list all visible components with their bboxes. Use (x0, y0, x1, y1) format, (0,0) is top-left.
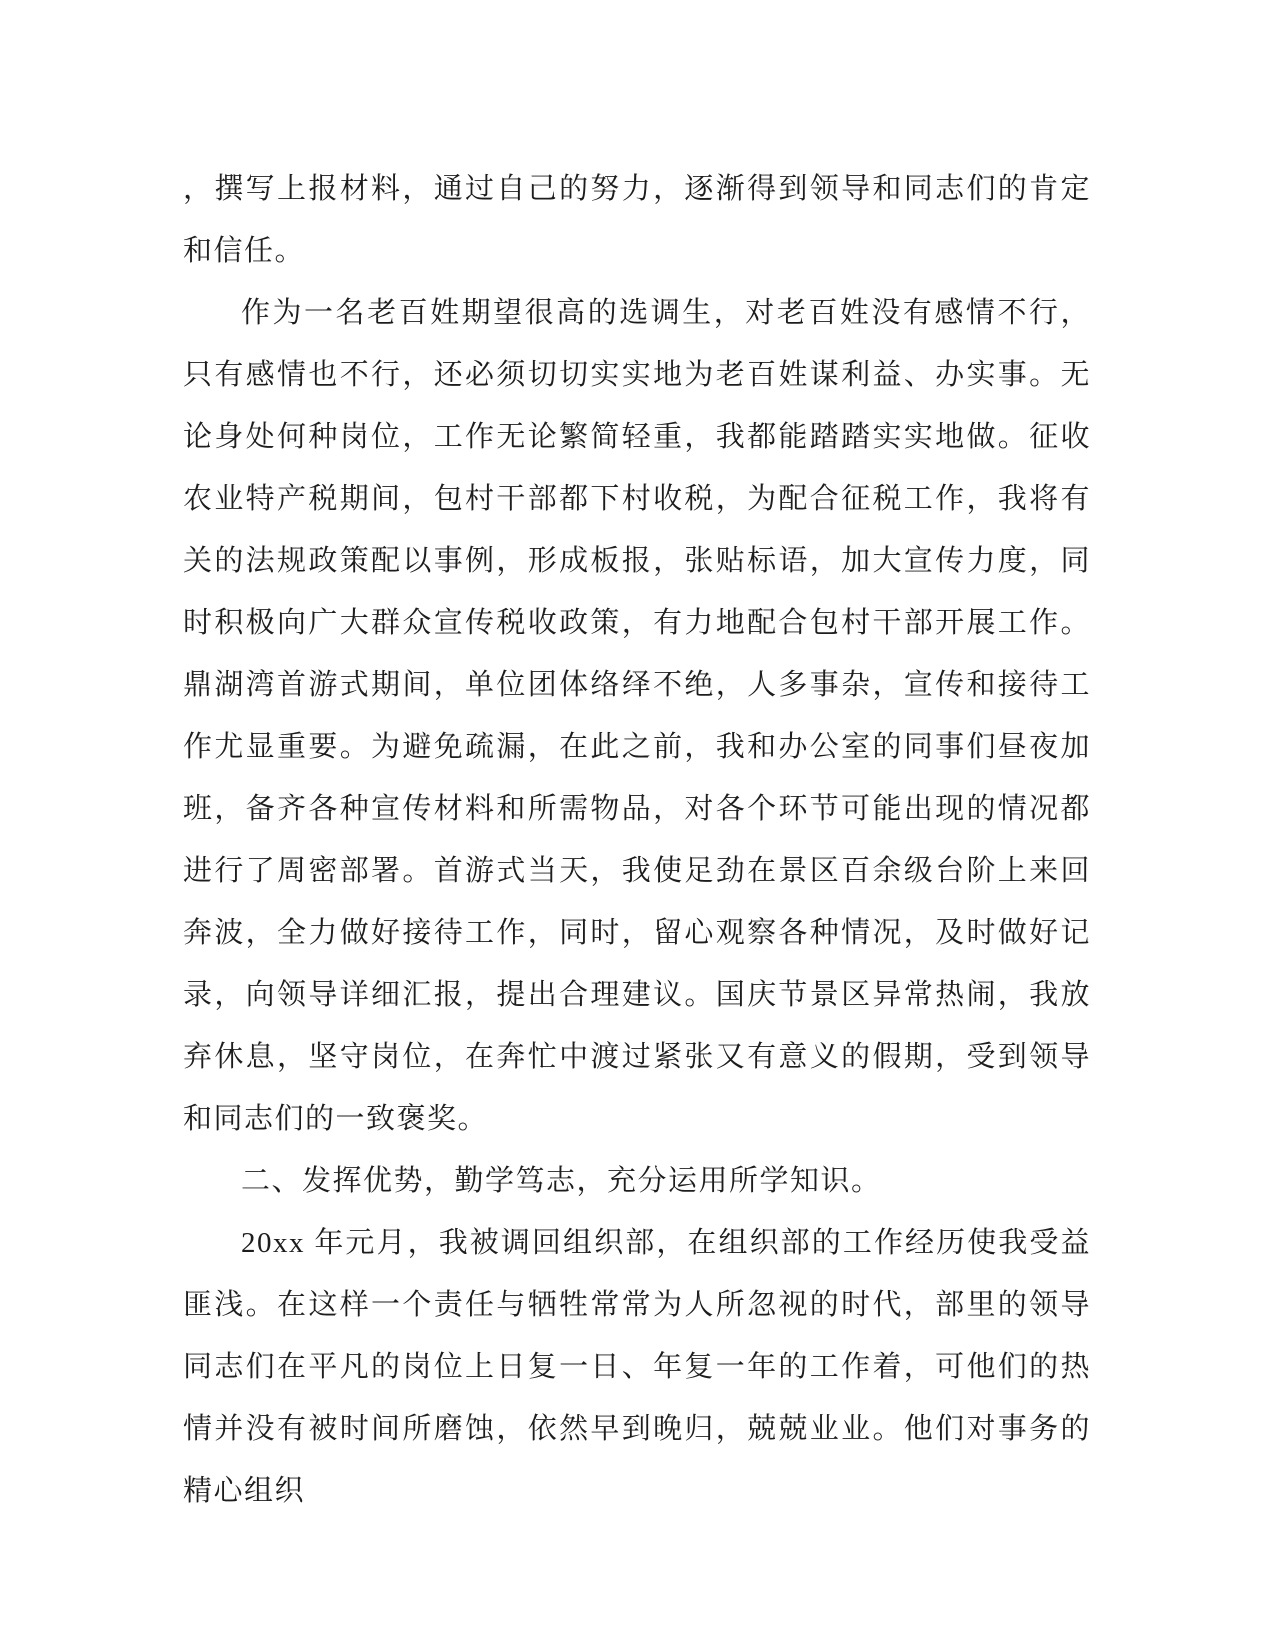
document-body: ，撰写上报材料，通过自己的努力，逐渐得到领导和同志们的肯定和信任。 作为一名老百… (183, 158, 1091, 1522)
paragraph-serve-people: 作为一名老百姓期望很高的选调生，对老百姓没有感情不行，只有感情也不行，还必须切切… (183, 282, 1091, 1150)
paragraph-organization-dept: 20xx 年元月，我被调回组织部，在组织部的工作经历使我受益匪浅。在这样一个责任… (183, 1212, 1091, 1522)
paragraph-continuation: ，撰写上报材料，通过自己的努力，逐渐得到领导和同志们的肯定和信任。 (183, 158, 1091, 282)
section-heading-two: 二、发挥优势，勤学笃志，充分运用所学知识。 (183, 1150, 1091, 1212)
document-page: ，撰写上报材料，通过自己的努力，逐渐得到领导和同志们的肯定和信任。 作为一名老百… (0, 0, 1275, 1650)
